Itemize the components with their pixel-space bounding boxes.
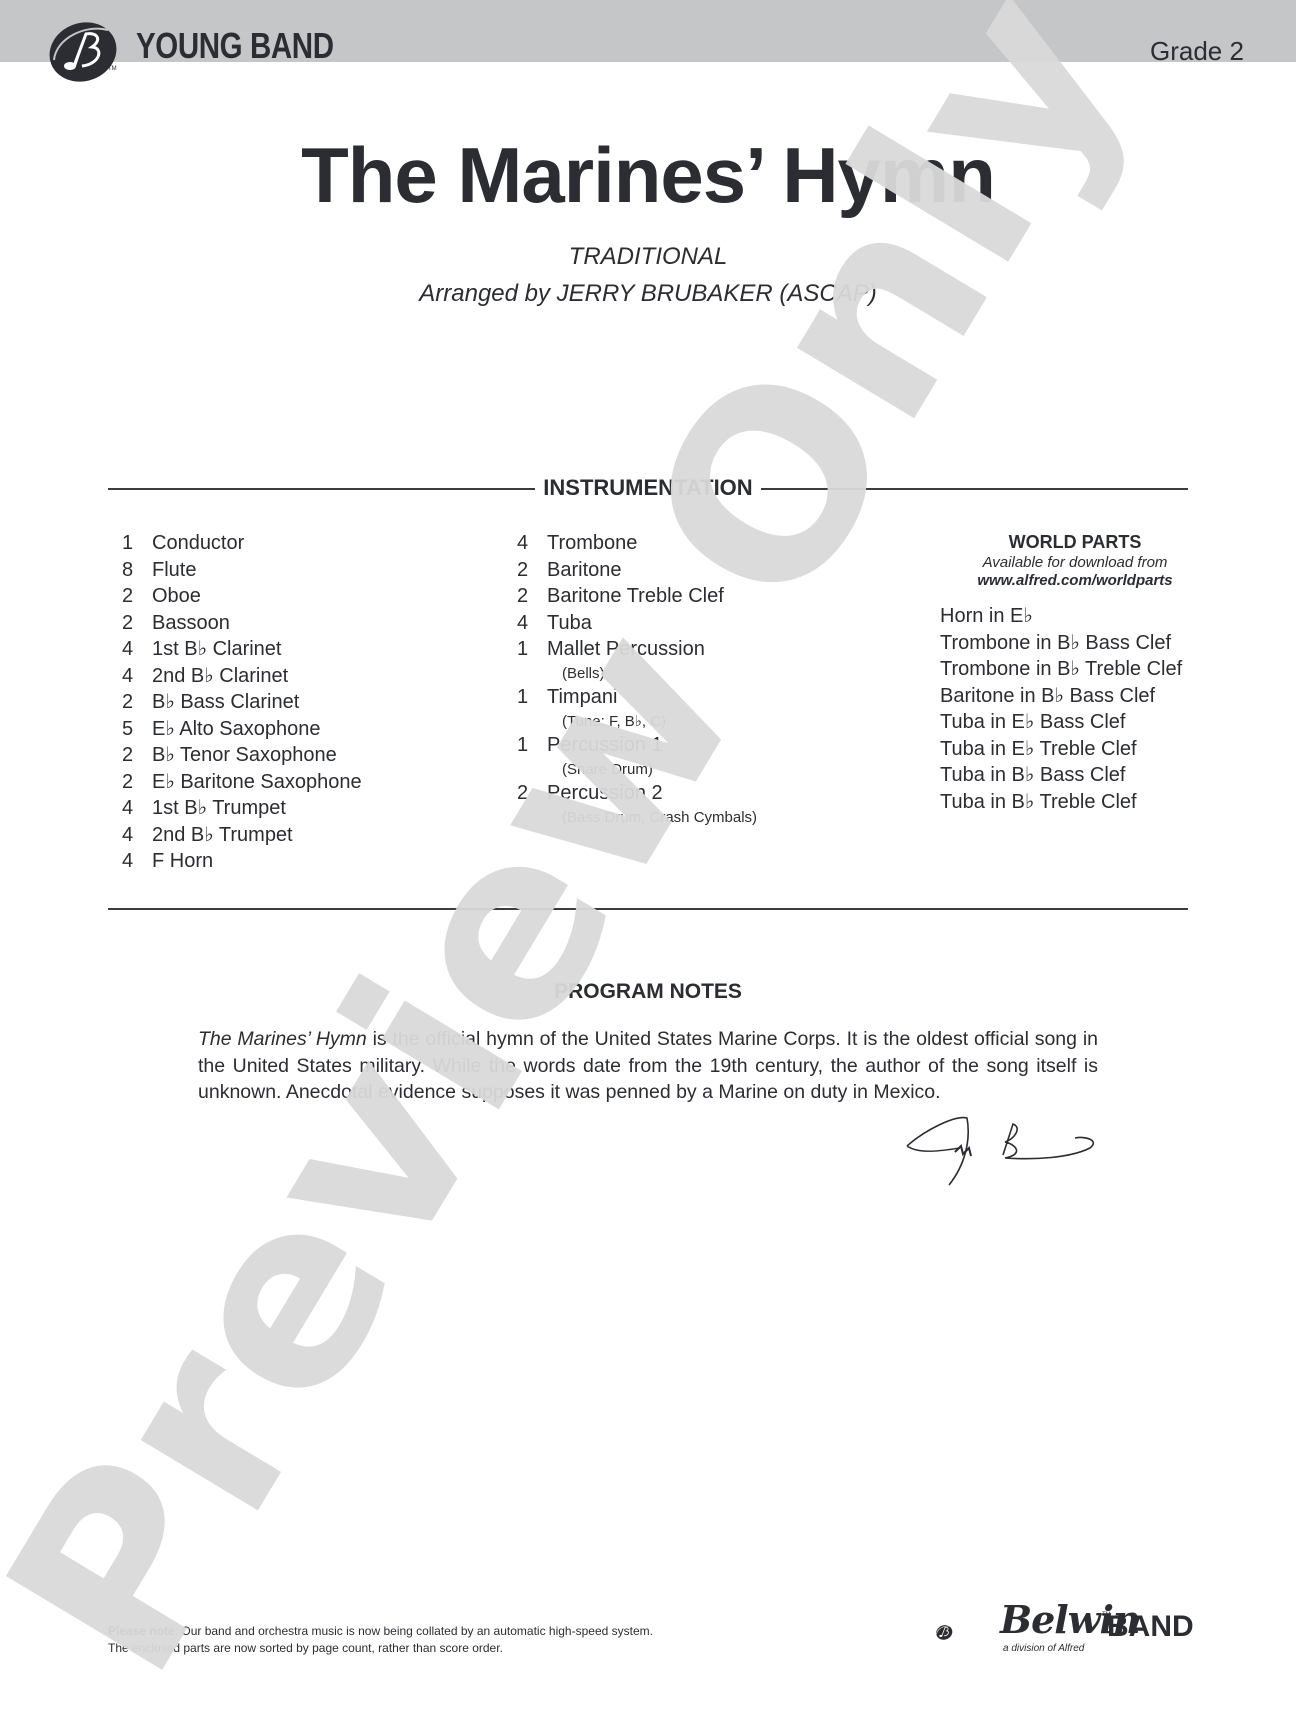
instrument-note: (Snare Drum) — [517, 759, 757, 781]
instrument-count: 4 — [122, 795, 152, 822]
world-parts-availability: Available for download from — [930, 554, 1220, 572]
instrument-count: 2 — [122, 689, 152, 716]
instrument-count: 8 — [122, 557, 152, 584]
instrument-row: 5E♭ Alto Saxophone — [122, 716, 362, 743]
publisher-division: a division of Alfred — [1003, 1643, 1084, 1654]
instrument-name: Oboe — [152, 583, 201, 610]
instrument-name: E♭ Alto Saxophone — [152, 716, 320, 743]
instrument-row: 42nd B♭ Clarinet — [122, 663, 362, 690]
instrumentation-column-1: 1Conductor8Flute2Oboe2Bassoon41st B♭ Cla… — [122, 530, 362, 875]
instrumentation-bottom-rule — [108, 908, 1188, 910]
belwin-b-logo-icon — [46, 20, 120, 84]
publisher-band-label: BAND — [1107, 1610, 1194, 1644]
instrument-row: 2Percussion 2 — [517, 780, 757, 807]
world-parts-url: www.alfred.com/worldparts — [930, 572, 1220, 590]
instrument-row: 1Mallet Percussion — [517, 636, 757, 663]
instrument-note: (Tune: F, B♭, C) — [517, 711, 757, 733]
instrument-count: 4 — [122, 848, 152, 875]
instrument-name: B♭ Bass Clarinet — [152, 689, 299, 716]
instrument-row: 2B♭ Tenor Saxophone — [122, 742, 362, 769]
instrument-name: B♭ Tenor Saxophone — [152, 742, 337, 769]
grade-label: Grade 2 — [1150, 36, 1244, 66]
composer-credit: TRADITIONAL — [0, 243, 1296, 271]
instrument-name: 2nd B♭ Clarinet — [152, 663, 288, 690]
instrument-row: 2Bassoon — [122, 610, 362, 637]
world-part-item: Trombone in B♭ Bass Clef — [940, 630, 1182, 657]
footer-note-line2: The enclosed parts are now sorted by pag… — [108, 1640, 653, 1657]
piece-title: The Marines’ Hymn — [0, 130, 1296, 220]
footer-note-line1: : Our band and orchestra music is now be… — [175, 1624, 653, 1638]
instrument-name: Timpani — [547, 684, 617, 711]
instrument-name: Baritone Treble Clef — [547, 583, 724, 610]
instrument-name: Percussion 1 — [547, 732, 663, 759]
arranger-credit: Arranged by JERRY BRUBAKER (ASCAP) — [0, 280, 1296, 308]
world-part-item: Trombone in B♭ Treble Clef — [940, 656, 1182, 683]
instrument-name: E♭ Baritone Saxophone — [152, 769, 362, 796]
instrument-row: 8Flute — [122, 557, 362, 584]
world-part-item: Tuba in E♭ Bass Clef — [940, 709, 1182, 736]
instrument-count: 2 — [517, 583, 547, 610]
world-parts-heading: WORLD PARTS — [930, 530, 1220, 554]
arranger-signature-icon — [905, 1110, 1105, 1190]
trademark-mark: TM — [108, 66, 117, 72]
instrument-count: 4 — [122, 822, 152, 849]
instrument-row: 2Baritone — [517, 557, 757, 584]
instrument-row: 1Percussion 1 — [517, 732, 757, 759]
instrument-row: 41st B♭ Clarinet — [122, 636, 362, 663]
world-part-item: Baritone in B♭ Bass Clef — [940, 683, 1182, 710]
instrument-count: 5 — [122, 716, 152, 743]
instrumentation-column-2: 4Trombone2Baritone2Baritone Treble Clef4… — [517, 530, 757, 828]
instrument-name: Trombone — [547, 530, 637, 557]
instrumentation-heading-text: INSTRUMENTATION — [535, 475, 760, 500]
instrument-row: 4Trombone — [517, 530, 757, 557]
instrument-count: 4 — [122, 636, 152, 663]
instrument-count: 2 — [122, 610, 152, 637]
instrument-row: 2Baritone Treble Clef — [517, 583, 757, 610]
instrument-row: 1Conductor — [122, 530, 362, 557]
instrument-name: Tuba — [547, 610, 592, 637]
instrument-name: Baritone — [547, 557, 622, 584]
instrument-row: 2E♭ Baritone Saxophone — [122, 769, 362, 796]
instrument-name: F Horn — [152, 848, 213, 875]
instrument-name: 1st B♭ Trumpet — [152, 795, 286, 822]
instrument-name: Bassoon — [152, 610, 230, 637]
program-notes-heading: PROGRAM NOTES — [0, 980, 1296, 1004]
series-label: YOUNG BAND — [136, 26, 334, 66]
instrument-row: 4Tuba — [517, 610, 757, 637]
instrument-row: 42nd B♭ Trumpet — [122, 822, 362, 849]
instrument-row: 4F Horn — [122, 848, 362, 875]
instrument-row: 41st B♭ Trumpet — [122, 795, 362, 822]
instrument-row: 1Timpani — [517, 684, 757, 711]
program-notes-title-italic: The Marines’ Hymn — [198, 1028, 367, 1050]
instrument-count: 2 — [122, 583, 152, 610]
instrument-count: 4 — [517, 610, 547, 637]
instrument-note: (Bass Drum, Crash Cymbals) — [517, 807, 757, 829]
instrument-name: Conductor — [152, 530, 244, 557]
instrument-row: 2Oboe — [122, 583, 362, 610]
world-part-item: Tuba in B♭ Bass Clef — [940, 762, 1182, 789]
footer-note: Please note: Our band and orchestra musi… — [108, 1623, 653, 1656]
instrument-name: 1st B♭ Clarinet — [152, 636, 281, 663]
instrument-count: 1 — [517, 732, 547, 759]
instrument-count: 2 — [517, 780, 547, 807]
instrument-count: 2 — [122, 769, 152, 796]
world-parts-list: Horn in E♭Trombone in B♭ Bass ClefTrombo… — [940, 603, 1182, 815]
instrumentation-heading: INSTRUMENTATION — [0, 475, 1296, 501]
instrument-row: 2B♭ Bass Clarinet — [122, 689, 362, 716]
world-part-item: Tuba in B♭ Treble Clef — [940, 789, 1182, 816]
instrument-count: 1 — [517, 684, 547, 711]
instrument-note: (Bells) — [517, 663, 757, 685]
world-part-item: Tuba in E♭ Treble Clef — [940, 736, 1182, 763]
instrument-count: 2 — [122, 742, 152, 769]
instrument-count: 2 — [517, 557, 547, 584]
instrument-name: Mallet Percussion — [547, 636, 705, 663]
program-notes-body: The Marines’ Hymn is the official hymn o… — [198, 1026, 1098, 1106]
instrument-count: 1 — [122, 530, 152, 557]
belwin-logo-icon — [935, 1598, 1005, 1668]
footer-note-label: Please note — [108, 1624, 175, 1638]
instrument-count: 4 — [122, 663, 152, 690]
instrument-name: Flute — [152, 557, 196, 584]
instrument-count: 1 — [517, 636, 547, 663]
world-part-item: Horn in E♭ — [940, 603, 1182, 630]
world-parts-header: WORLD PARTS Available for download from … — [930, 530, 1220, 590]
instrument-name: 2nd B♭ Trumpet — [152, 822, 293, 849]
instrument-count: 4 — [517, 530, 547, 557]
instrument-name: Percussion 2 — [547, 780, 663, 807]
